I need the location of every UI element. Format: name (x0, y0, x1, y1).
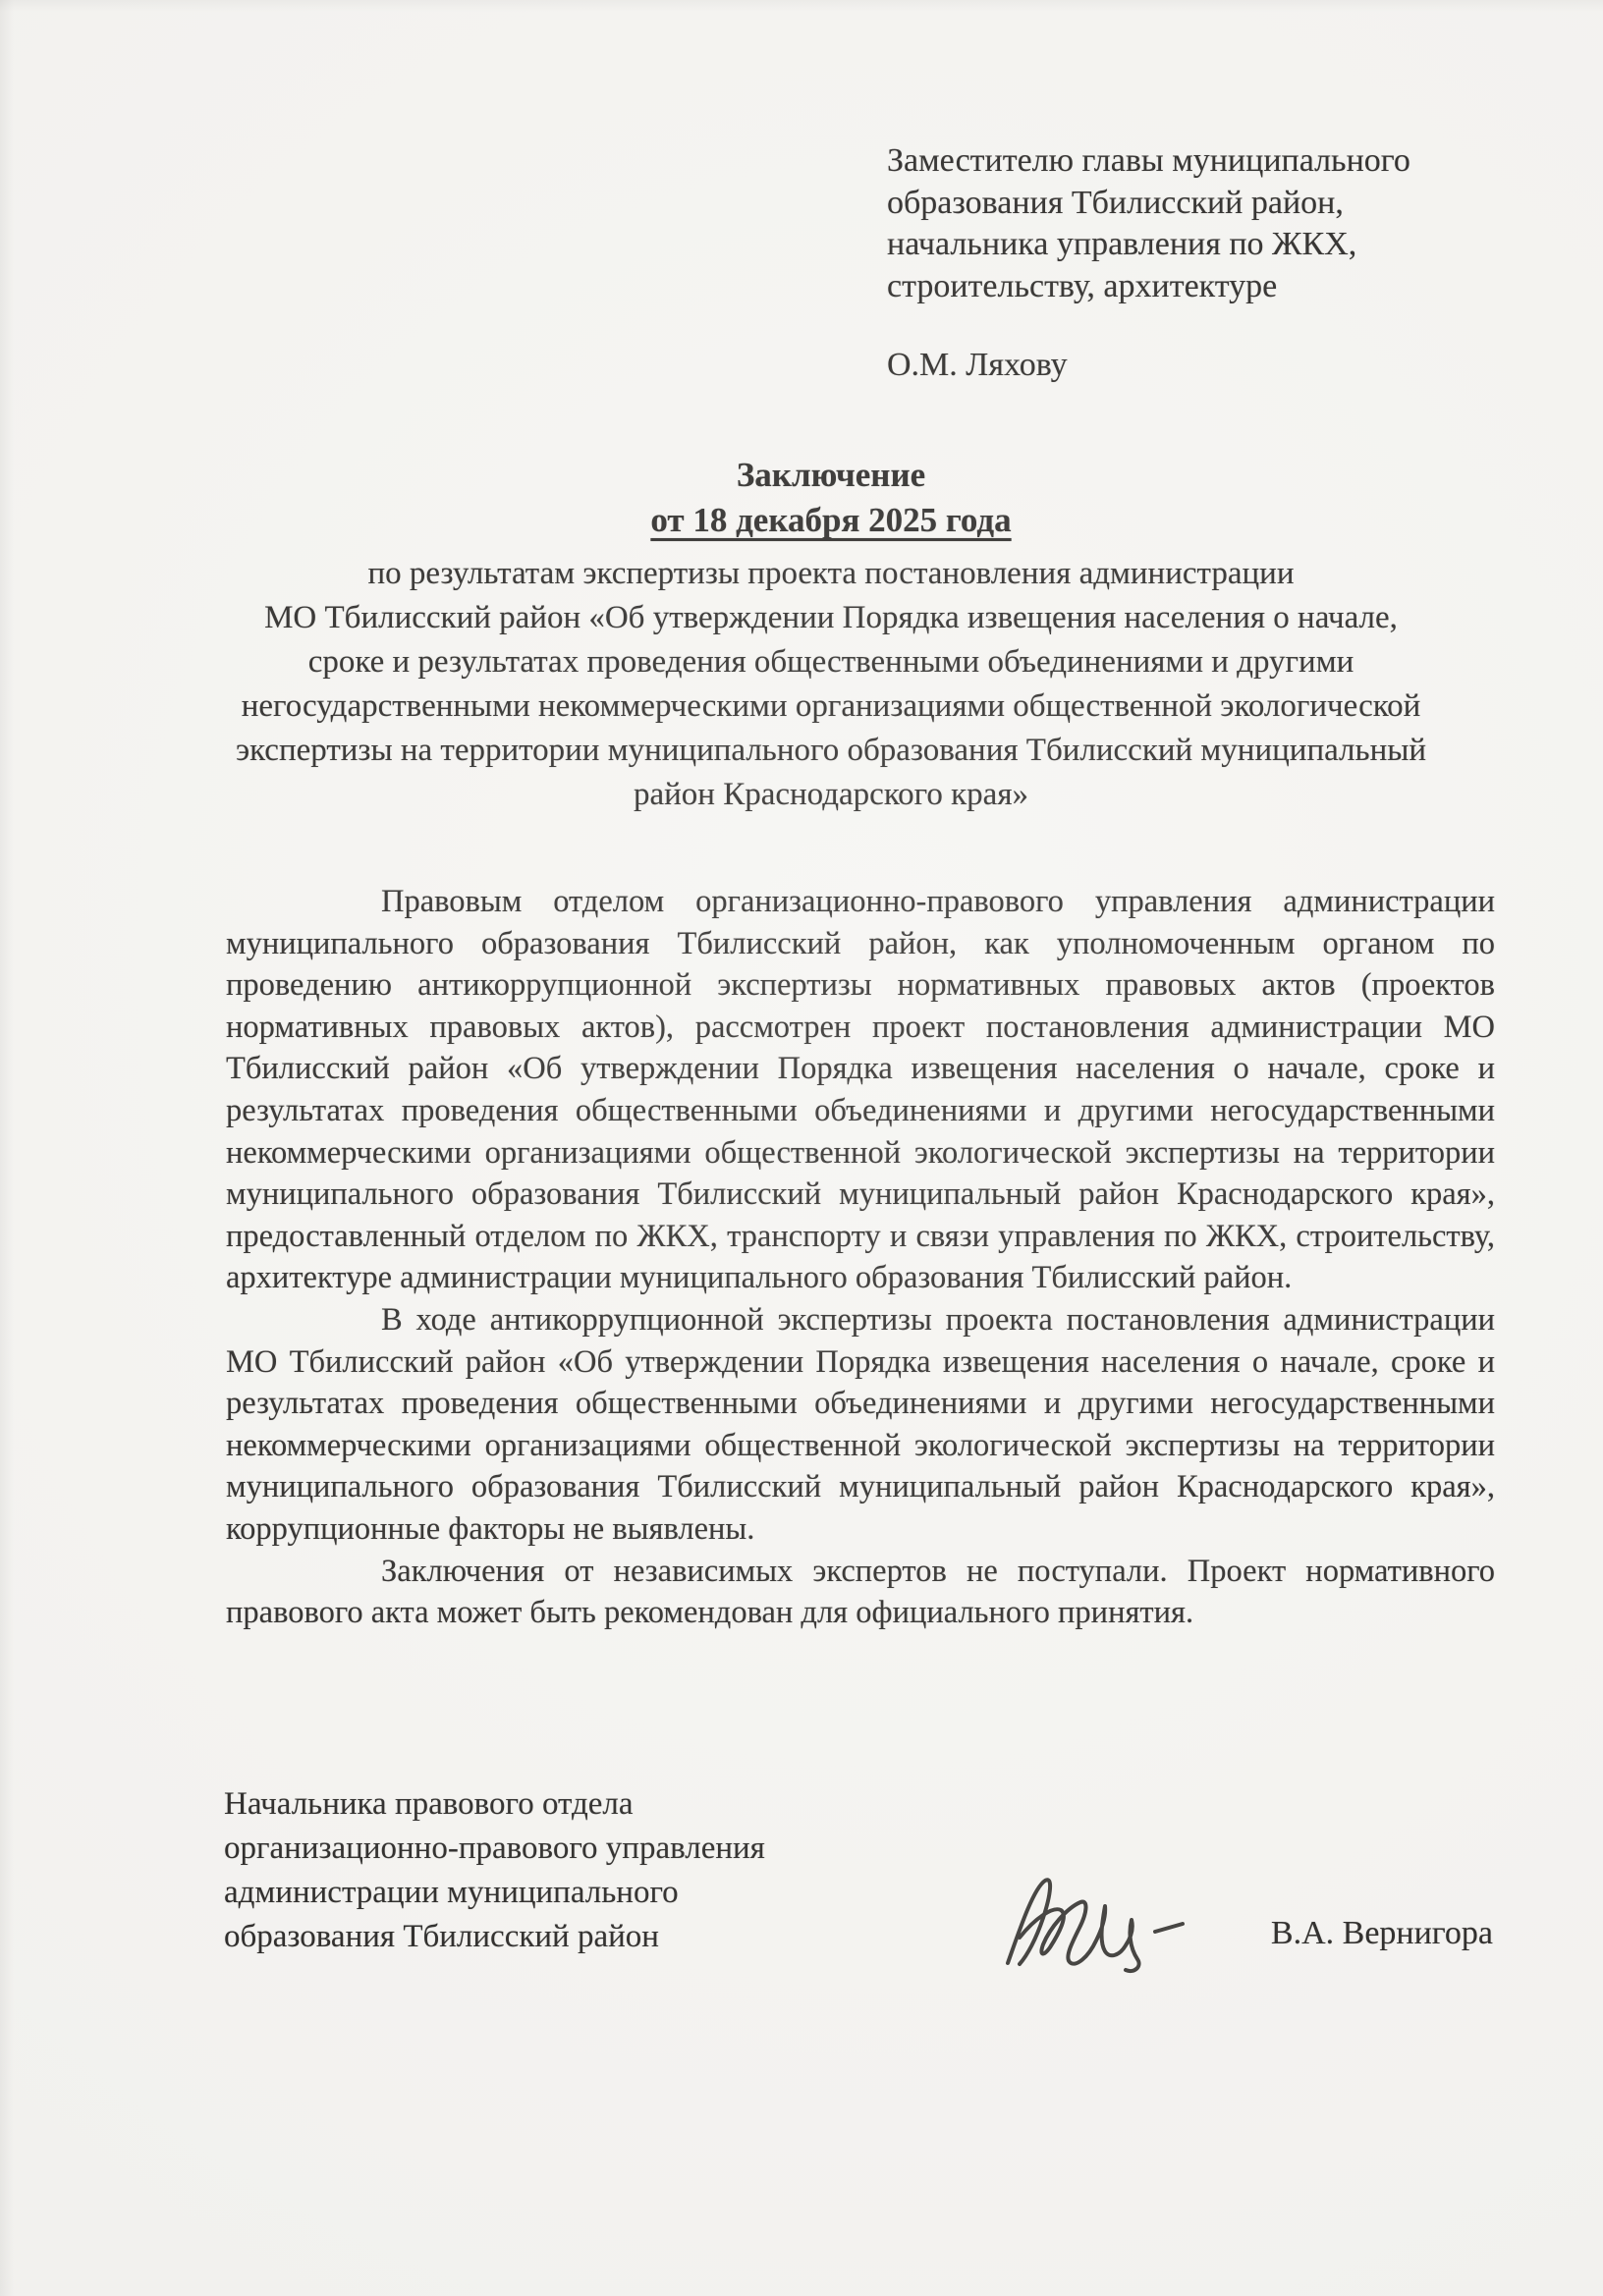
addressee-line: Заместителю главы муниципального (887, 140, 1516, 183)
document-body: Правовым отделом организационно-правовог… (226, 881, 1495, 1634)
document-date-underlined: от 18 декабря 2025 года (650, 501, 1011, 539)
body-paragraph: Правовым отделом организационно-правовог… (226, 881, 1495, 1299)
addressee-block: Заместителю главы муниципального образов… (887, 140, 1516, 307)
signature-position-line: Начальника правового отдела (224, 1782, 765, 1827)
signer-name: В.А. Вернигора (1271, 1913, 1493, 1954)
scanned-document-page: Заместителю главы муниципального образов… (0, 0, 1603, 2296)
document-title-block: Заключение от 18 декабря 2025 года по ре… (167, 453, 1495, 817)
subtitle-line: негосударственными некоммерческими орган… (167, 684, 1495, 729)
body-paragraph: Заключения от независимых экспертов не п… (226, 1551, 1495, 1634)
signature-position-line: образования Тбилисский район (224, 1915, 765, 1959)
subtitle-line: по результатам экспертизы проекта постан… (167, 552, 1495, 596)
signature-position-block: Начальника правового отдела организацион… (224, 1782, 765, 1959)
addressee-line: образования Тбилисский район, (887, 183, 1516, 225)
body-paragraph: В ходе антикоррупционной экспертизы прое… (226, 1299, 1495, 1551)
document-title: Заключение (167, 453, 1495, 498)
signature-position-line: администрации муниципального (224, 1871, 765, 1915)
subtitle-line: экспертизы на территории муниципального … (167, 729, 1495, 773)
addressee-person-name: О.М. Ляхову (887, 345, 1068, 386)
signature-position-line: организационно-правового управления (224, 1827, 765, 1871)
addressee-line: начальника управления по ЖКХ, (887, 224, 1516, 266)
document-subtitle: по результатам экспертизы проекта постан… (167, 552, 1495, 817)
handwritten-signature-icon (990, 1869, 1196, 1977)
subtitle-line: район Краснодарского края» (167, 773, 1495, 817)
subtitle-line: сроке и результатах проведения обществен… (167, 640, 1495, 684)
document-date: от 18 декабря 2025 года (167, 498, 1495, 543)
addressee-line: строительству, архитектуре (887, 266, 1516, 308)
subtitle-line: МО Тбилисский район «Об утверждении Поря… (167, 596, 1495, 640)
